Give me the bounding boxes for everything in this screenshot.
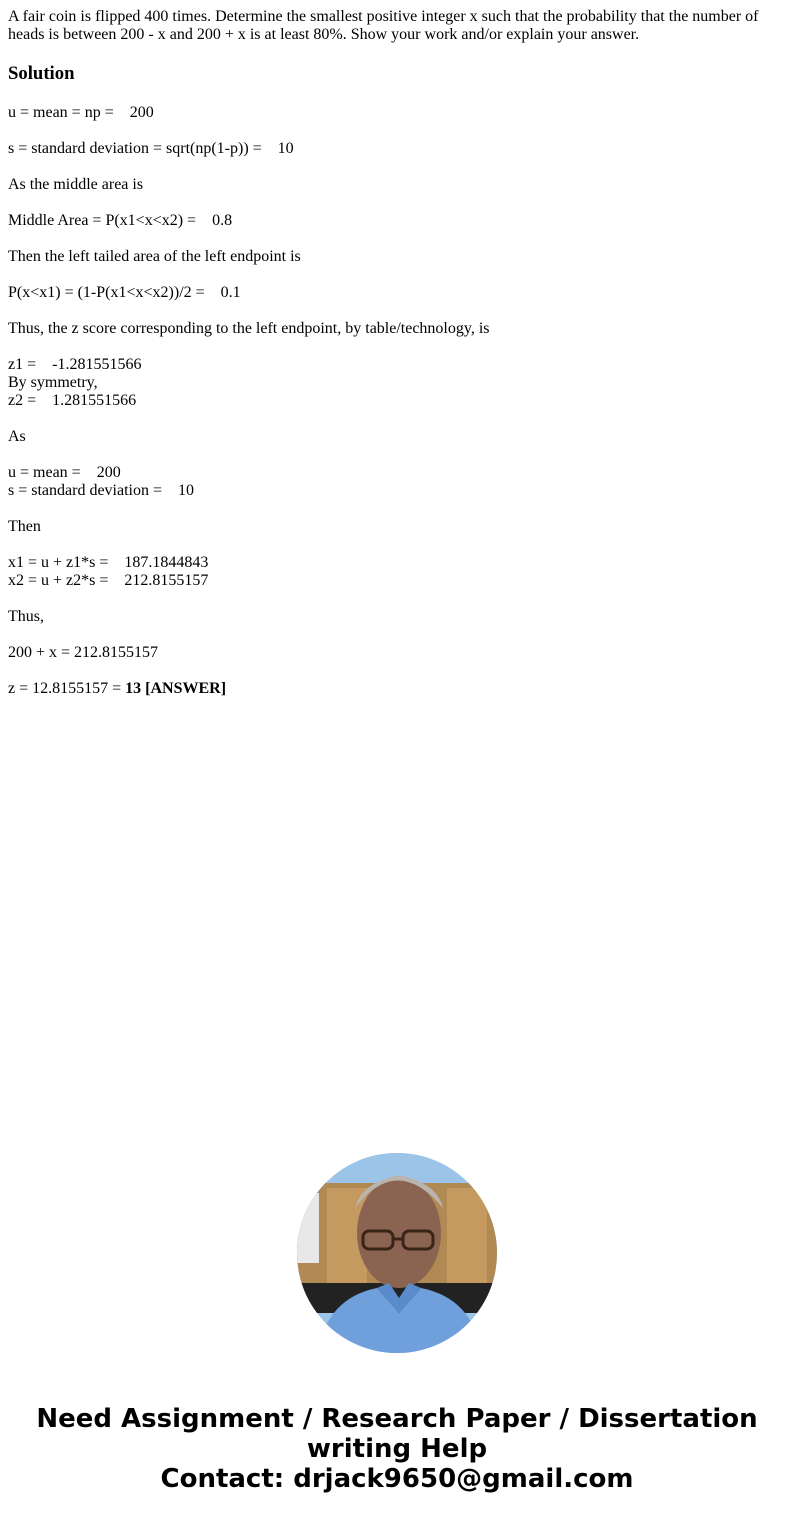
- result-prefix: z = 12.8155157 =: [8, 680, 125, 697]
- question-text: A fair coin is flipped 400 times. Determ…: [8, 8, 786, 44]
- symmetry-line: By symmetry,: [8, 374, 786, 392]
- result-line: z = 12.8155157 = 13 [ANSWER]: [8, 680, 786, 698]
- footer-contact-line: Contact: drjack9650@gmail.com: [0, 1464, 794, 1494]
- sd-line: s = standard deviation = 10: [8, 482, 786, 500]
- z2-line: z2 = 1.281551566: [8, 392, 786, 410]
- person-photo-icon: [297, 1153, 497, 1353]
- tutor-avatar: [297, 1153, 497, 1353]
- z-intro: Thus, the z score corresponding to the l…: [8, 320, 786, 338]
- x2-line: x2 = u + z2*s = 212.8155157: [8, 572, 786, 590]
- solution-heading: Solution: [8, 63, 786, 85]
- equation-line: 200 + x = 212.8155157: [8, 644, 786, 662]
- z1-line: z1 = -1.281551566: [8, 356, 786, 374]
- contact-footer: Need Assignment / Research Paper / Disse…: [0, 1404, 794, 1494]
- middle-area-intro: As the middle area is: [8, 176, 786, 194]
- mean-line: u = mean = 200: [8, 464, 786, 482]
- left-tail-intro: Then the left tailed area of the left en…: [8, 248, 786, 266]
- sd-formula-line: s = standard deviation = sqrt(np(1-p)) =…: [8, 140, 786, 158]
- mean-np-line: u = mean = np = 200: [8, 104, 786, 122]
- document-body: A fair coin is flipped 400 times. Determ…: [8, 0, 786, 698]
- footer-line-1: Need Assignment / Research Paper / Disse…: [0, 1404, 794, 1434]
- then-line: Then: [8, 518, 786, 536]
- middle-area-line: Middle Area = P(x1<x<x2) = 0.8: [8, 212, 786, 230]
- footer-line-2: writing Help: [0, 1434, 794, 1464]
- final-answer: 13 [ANSWER]: [125, 680, 226, 697]
- left-tail-line: P(x<x1) = (1-P(x1<x<x2))/2 = 0.1: [8, 284, 786, 302]
- thus-line: Thus,: [8, 608, 786, 626]
- x1-line: x1 = u + z1*s = 187.1844843: [8, 554, 786, 572]
- as-line: As: [8, 428, 786, 446]
